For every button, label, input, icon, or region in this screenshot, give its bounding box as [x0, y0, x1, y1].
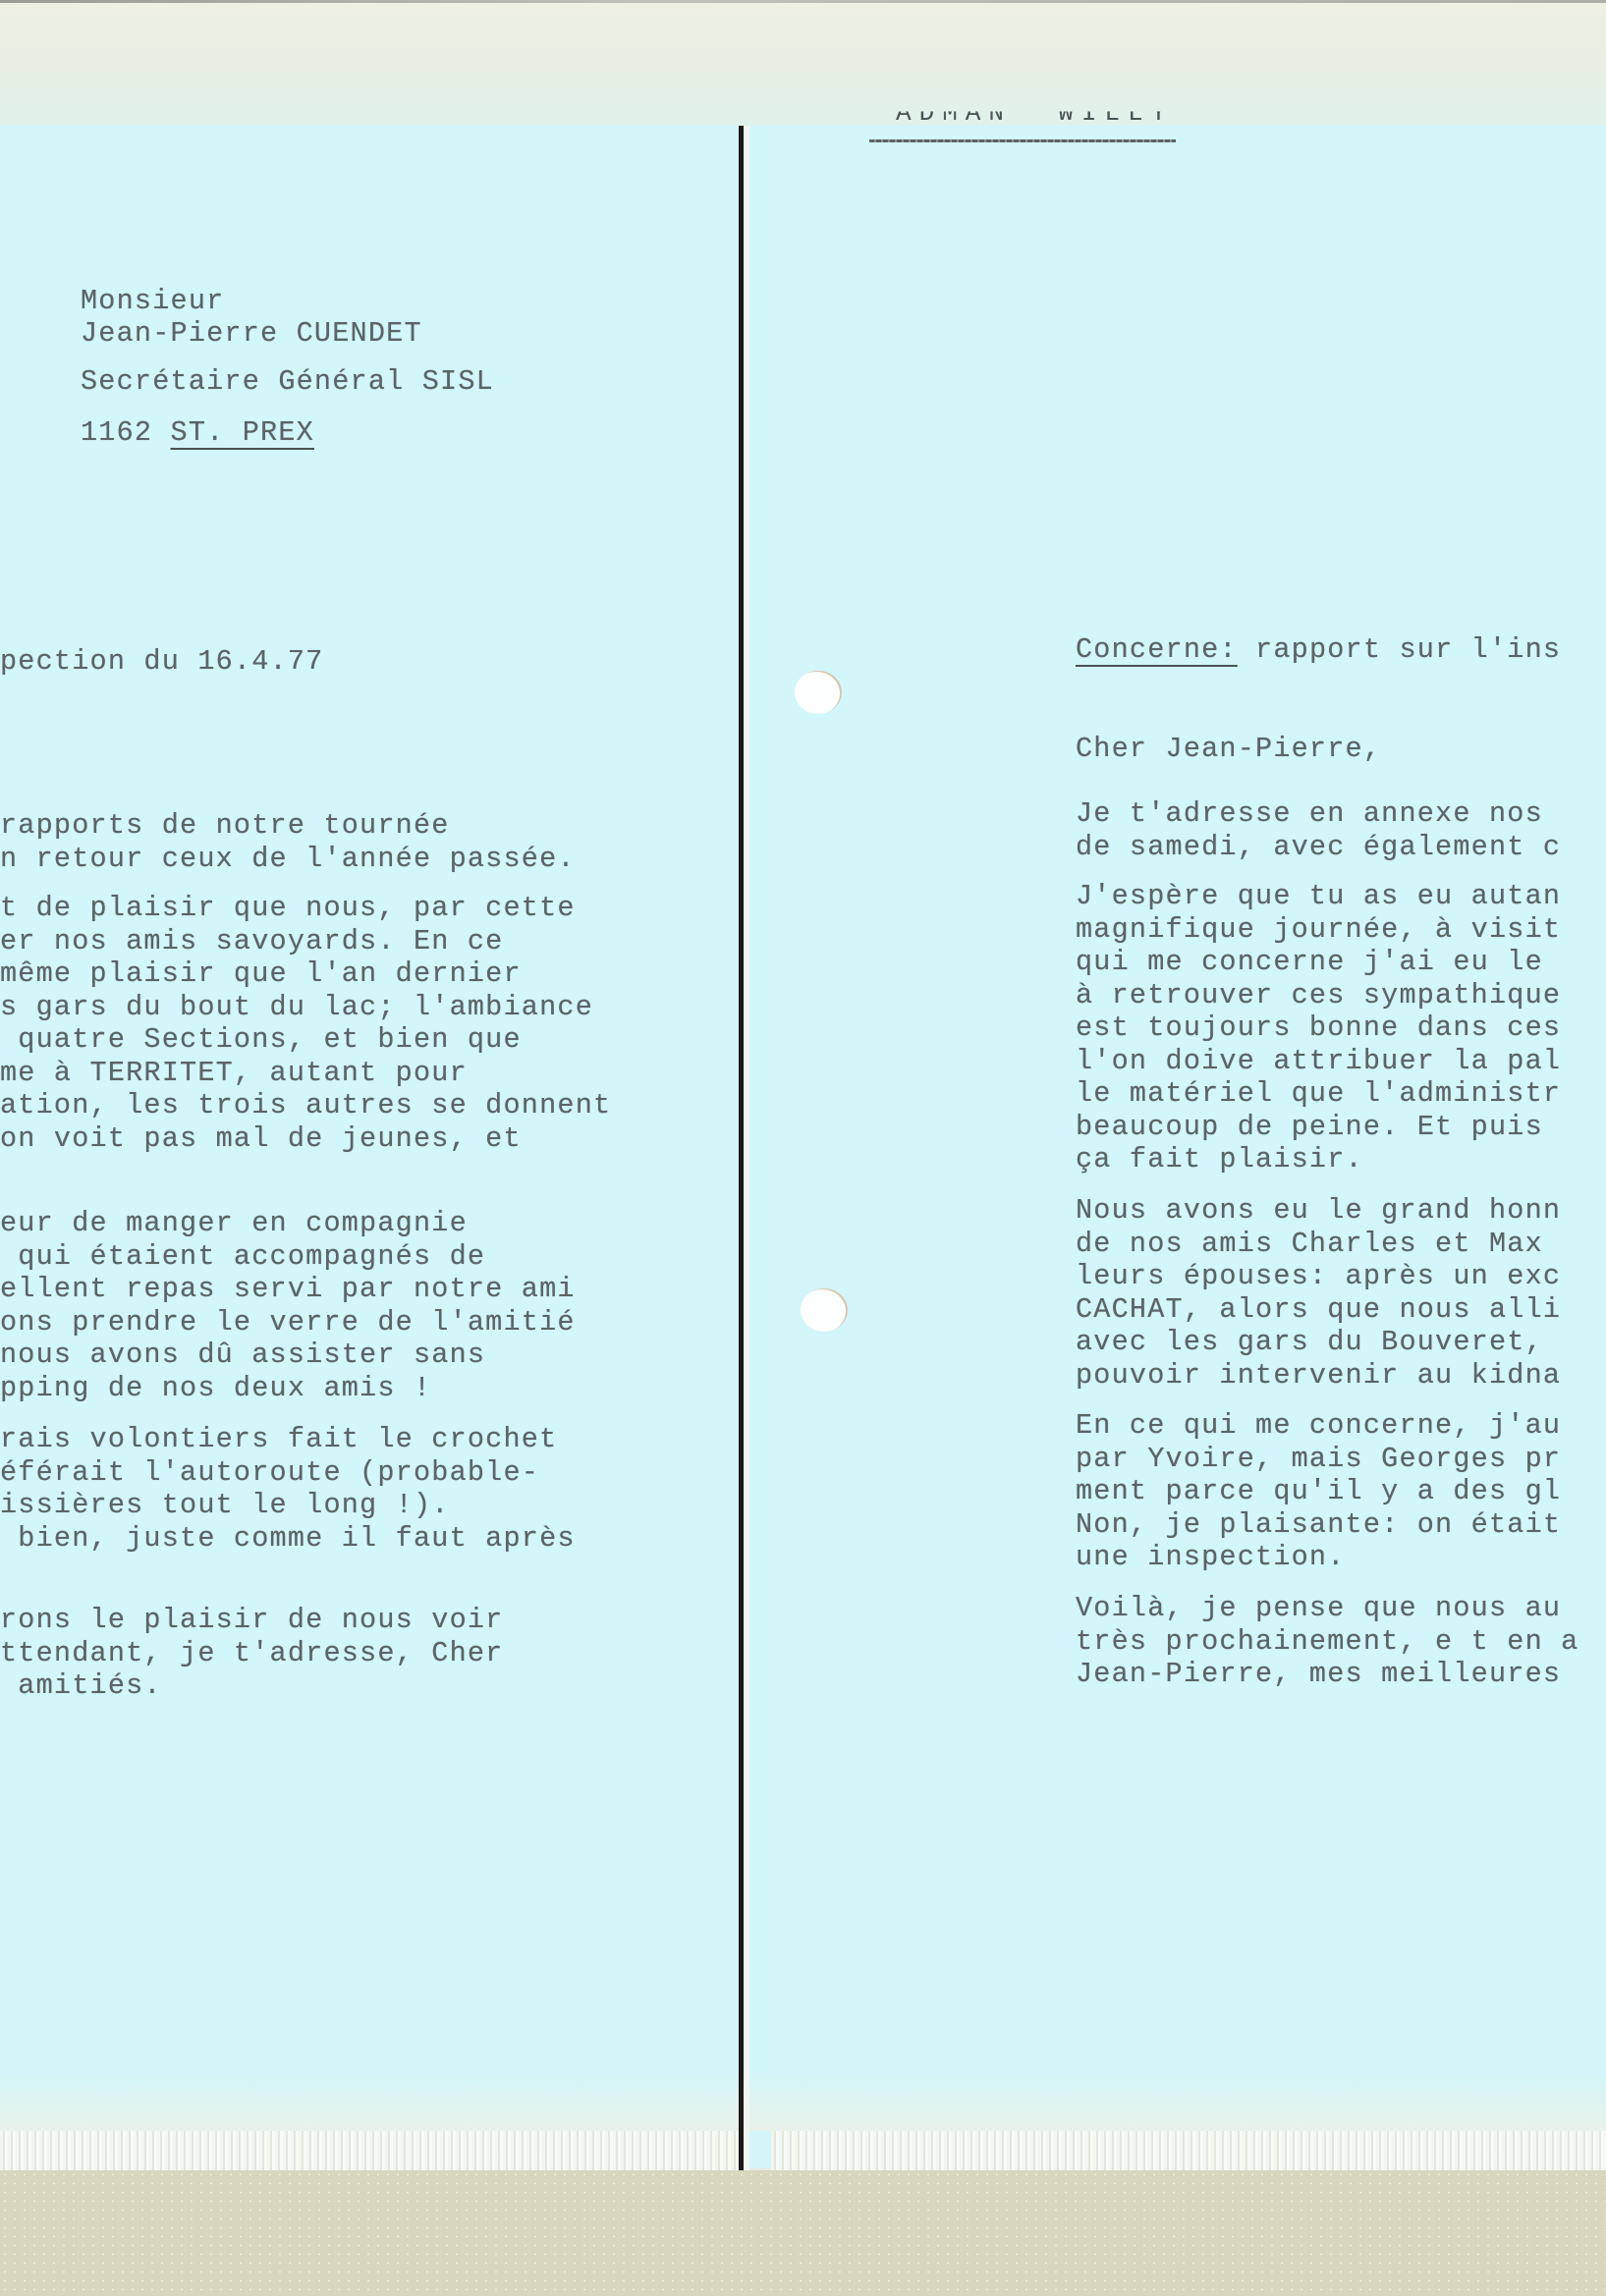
- text-line: issières tout le long !).: [0, 1489, 576, 1522]
- left-page-fade: [0, 2072, 739, 2131]
- text-line: bien, juste comme il faut après: [0, 1522, 576, 1556]
- text-line: est toujours bonne dans ces: [1076, 1011, 1561, 1045]
- text-line: amitiés.: [0, 1669, 503, 1703]
- text-line: rons le plaisir de nous voir: [0, 1604, 503, 1637]
- punch-hole-icon: [801, 1288, 848, 1332]
- text-line: on voit pas mal de jeunes, et: [0, 1122, 611, 1156]
- left-paragraph-1: rapports de notre tournée n retour ceux …: [0, 809, 576, 875]
- text-line: ons prendre le verre de l'amitié: [0, 1306, 576, 1339]
- text-line: n retour ceux de l'année passée.: [0, 843, 576, 876]
- text-line: Je t'adresse en annexe nos: [1076, 797, 1561, 831]
- text-line: nous avons dû assister sans: [0, 1339, 576, 1372]
- scanner-bed-strip: [0, 2170, 1606, 2296]
- text-line: pouvoir intervenir au kidna: [1076, 1359, 1561, 1393]
- text-line: très prochainement, e t en a: [1076, 1625, 1578, 1659]
- right-paragraph-2: J'espère que tu as eu autan magnifique j…: [1076, 880, 1561, 1176]
- text-line: quatre Sections, et bien que: [0, 1023, 611, 1057]
- text-line: une inspection.: [1076, 1541, 1561, 1574]
- left-page-edge: [0, 2131, 739, 2172]
- text-line: même plaisir que l'an dernier: [0, 957, 611, 991]
- text-line: ation, les trois autres se donnent: [0, 1089, 611, 1122]
- text-line: Jean-Pierre, mes meilleures: [1076, 1658, 1578, 1691]
- text-line: qui étaient accompagnés de: [0, 1240, 576, 1274]
- recipient-title: Secrétaire Général SISL: [81, 365, 494, 399]
- left-subject-tail: pection du 16.4.77: [0, 645, 323, 679]
- text-line: avec les gars du Bouveret,: [1076, 1326, 1561, 1359]
- recipient-salutation: Monsieur: [81, 285, 224, 318]
- right-paragraph-5: Voilà, je pense que nous au très prochai…: [1076, 1592, 1578, 1691]
- page-divider: [739, 126, 744, 2170]
- text-line: par Yvoire, mais Georges pr: [1076, 1443, 1561, 1476]
- text-line: CACHAT, alors que nous alli: [1076, 1293, 1561, 1327]
- text-line: t de plaisir que nous, par cette: [0, 892, 611, 925]
- page-gutter: [744, 126, 749, 2170]
- text-line: l'on doive attribuer la pal: [1076, 1045, 1561, 1078]
- text-line: s gars du bout du lac; l'ambiance: [0, 991, 611, 1024]
- text-line: beaucoup de peine. Et puis: [1076, 1111, 1561, 1144]
- text-line: ment parce qu'il y a des gl: [1076, 1475, 1561, 1508]
- text-line: de nos amis Charles et Max: [1076, 1228, 1561, 1261]
- text-line: J'espère que tu as eu autan: [1076, 880, 1561, 913]
- right-paragraph-4: En ce qui me concerne, j'au par Yvoire, …: [1076, 1409, 1561, 1574]
- text-line: à retrouver ces sympathique: [1076, 979, 1561, 1012]
- text-line: qui me concerne j'ai eu le: [1076, 946, 1561, 979]
- recipient-postcode: 1162: [81, 416, 152, 449]
- left-paragraph-2: t de plaisir que nous, par cette er nos …: [0, 892, 611, 1155]
- subject-line: Concerne: rapport sur l'ins: [1076, 633, 1561, 667]
- text-line: le matériel que l'administr: [1076, 1077, 1561, 1111]
- punch-hole-icon: [795, 671, 842, 714]
- right-page-edge: [771, 2131, 1606, 2172]
- text-line: eur de manger en compagnie: [0, 1207, 576, 1240]
- text-line: magnifique journée, à visit: [1076, 913, 1561, 947]
- header-underline: [869, 139, 1176, 142]
- text-line: de samedi, avec également c: [1076, 831, 1561, 864]
- text-line: me à TERRITET, autant pour: [0, 1057, 611, 1090]
- text-line: En ce qui me concerne, j'au: [1076, 1409, 1561, 1443]
- text-line: rais volontiers fait le crochet: [0, 1423, 576, 1456]
- left-paragraph-5: rons le plaisir de nous voir ttendant, j…: [0, 1604, 503, 1703]
- right-page-fade: [749, 2072, 1606, 2131]
- text-line: ça fait plaisir.: [1076, 1143, 1561, 1176]
- text-line: er nos amis savoyards. En ce: [0, 925, 611, 958]
- greeting: Cher Jean-Pierre,: [1076, 733, 1381, 766]
- text-line: pping de nos deux amis !: [0, 1372, 576, 1405]
- text-line: ellent repas servi par notre ami: [0, 1273, 576, 1306]
- text-line: Non, je plaisante: on était: [1076, 1508, 1561, 1542]
- text-line: éférait l'autoroute (probable-: [0, 1456, 576, 1490]
- text-line: ttendant, je t'adresse, Cher: [0, 1637, 503, 1670]
- text-line: rapports de notre tournée: [0, 809, 576, 843]
- subject-label: Concerne:: [1076, 633, 1238, 666]
- left-paragraph-3: eur de manger en compagnie qui étaient a…: [0, 1207, 576, 1404]
- recipient-name: Jean-Pierre CUENDET: [81, 317, 422, 351]
- recipient-city: ST. PREX: [171, 416, 314, 449]
- text-line: Voilà, je pense que nous au: [1076, 1592, 1578, 1625]
- right-paragraph-3: Nous avons eu le grand honn de nos amis …: [1076, 1194, 1561, 1392]
- right-paragraph-1: Je t'adresse en annexe nos de samedi, av…: [1076, 797, 1561, 863]
- text-line: Nous avons eu le grand honn: [1076, 1194, 1561, 1228]
- scan-background-top: [0, 0, 1606, 133]
- subject-text: rapport sur l'ins: [1238, 633, 1561, 666]
- text-line: leurs épouses: après un exc: [1076, 1260, 1561, 1293]
- left-paragraph-4: rais volontiers fait le crochet éférait …: [0, 1423, 576, 1555]
- recipient-address: 1162 ST. PREX: [81, 416, 314, 450]
